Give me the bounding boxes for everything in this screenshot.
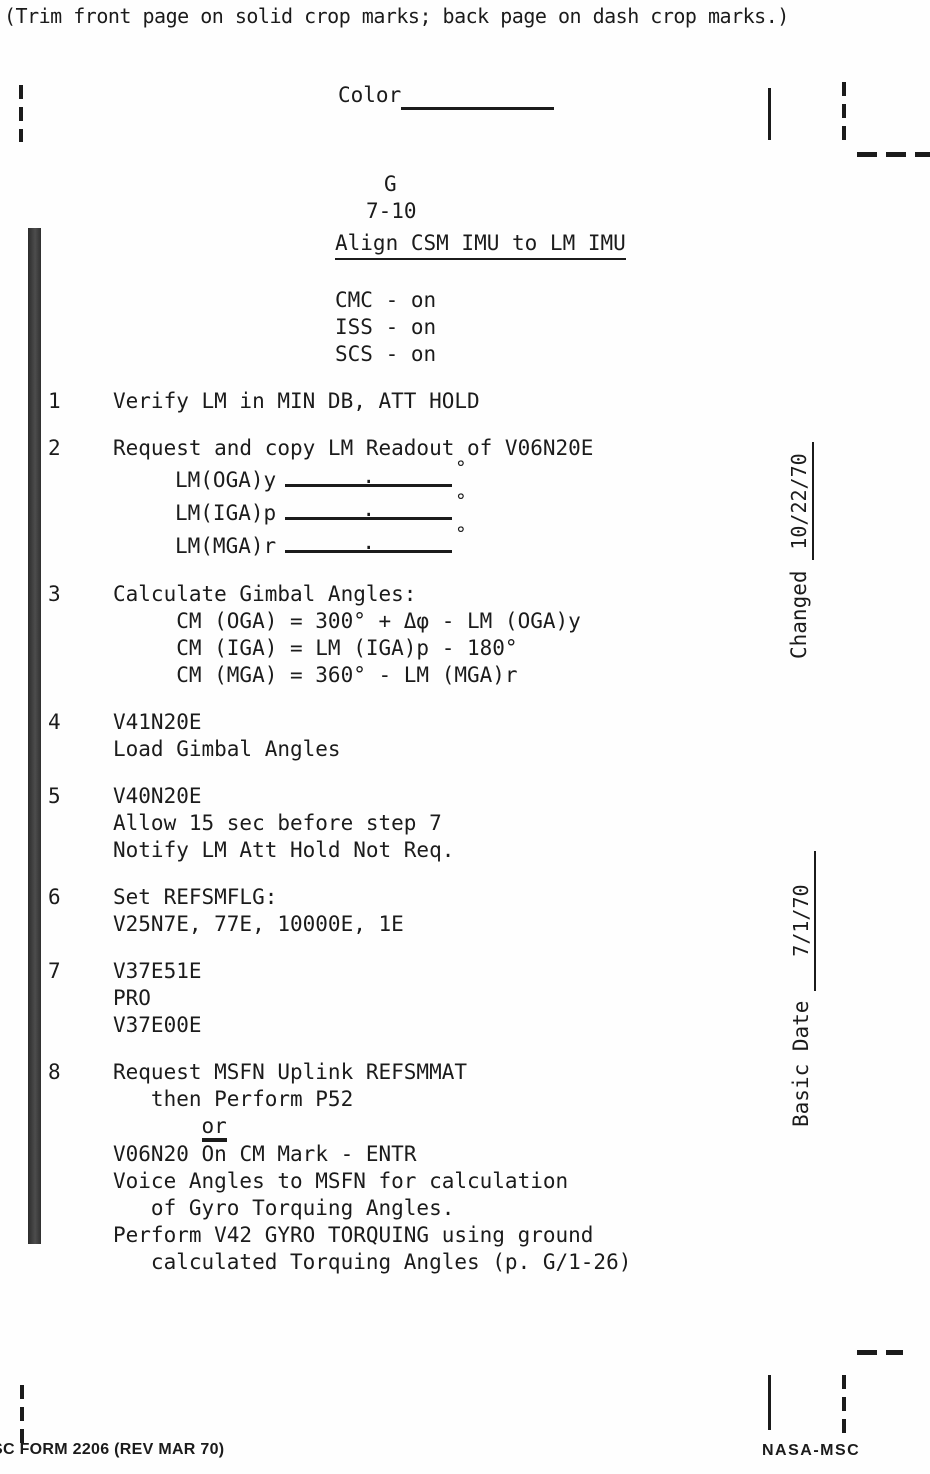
step-number: 2 [48, 435, 113, 561]
basic-date-value: 7/1/70 [789, 884, 813, 956]
step-row: 4V41N20ELoad Gimbal Angles [48, 709, 708, 763]
changed-label: Changed [787, 570, 811, 659]
step-body: Request MSFN Uplink REFSMMAT then Perfor… [113, 1059, 708, 1276]
changed-field: Changed10/22/70 [787, 442, 814, 659]
step-line-segment [113, 1114, 202, 1138]
readout-row: LM(IGA)p.° [113, 495, 708, 528]
step-line-segment: or [202, 1114, 227, 1140]
switch-state: SCS - on [335, 341, 436, 368]
step-number: 7 [48, 958, 113, 1039]
degree-symbol: ° [455, 521, 466, 548]
step-line: V25N7E, 77E, 10000E, 1E [113, 911, 708, 938]
color-blank-line [401, 85, 554, 110]
color-field-label: Color [338, 83, 401, 107]
step-row: 2Request and copy LM Readout of V06N20EL… [48, 435, 708, 561]
step-line: PRO [113, 985, 708, 1012]
step-row: 5V40N20EAllow 15 sec before step 7Notify… [48, 783, 708, 864]
page-number: 7-10 [366, 199, 417, 223]
readout-blank-line: . [285, 462, 452, 487]
procedure-title: Align CSM IMU to LM IMU [335, 231, 626, 260]
decimal-point: . [362, 529, 375, 556]
step-line: Load Gimbal Angles [113, 736, 708, 763]
form-number: SC FORM 2206 (REV MAR 70) [0, 1441, 224, 1459]
readout-blank-line: . [285, 528, 452, 553]
step-line: V06N20 On CM Mark - ENTR [113, 1140, 708, 1168]
step-line: Voice Angles to MSFN for calculation [113, 1168, 708, 1195]
step-body: Verify LM in MIN DB, ATT HOLD [113, 388, 708, 415]
trim-instruction: (Trim front page on solid crop marks; ba… [4, 4, 789, 28]
step-line: Request MSFN Uplink REFSMMAT [113, 1059, 708, 1086]
readout-label: LM(MGA)r [175, 534, 276, 558]
step-row: 1Verify LM in MIN DB, ATT HOLD [48, 388, 708, 415]
step-line: V37E00E [113, 1012, 708, 1039]
decimal-point: . [362, 496, 375, 523]
binding-edge-bar [28, 228, 41, 1244]
step-body: Request and copy LM Readout of V06N20ELM… [113, 435, 708, 561]
step-number: 6 [48, 884, 113, 938]
step-line: Set REFSMFLG: [113, 884, 708, 911]
step-line: V37E51E [113, 958, 708, 985]
step-number: 8 [48, 1059, 113, 1276]
step-line: CM (IGA) = LM (IGA)p - 180° [113, 635, 708, 662]
step-line: Verify LM in MIN DB, ATT HOLD [113, 388, 708, 415]
step-line: CM (MGA) = 360° - LM (MGA)r [113, 662, 708, 689]
step-line: Allow 15 sec before step 7 [113, 810, 708, 837]
readout-label: LM(OGA)y [175, 468, 276, 492]
step-line: of Gyro Torquing Angles. [113, 1195, 708, 1222]
step-row: 6Set REFSMFLG:V25N7E, 77E, 10000E, 1E [48, 884, 708, 938]
basic-date-label: Basic Date [789, 1001, 813, 1127]
basic-date-field: Basic Date7/1/70 [789, 851, 816, 1127]
step-body: Set REFSMFLG:V25N7E, 77E, 10000E, 1E [113, 884, 708, 938]
step-line-segment: On [202, 1140, 227, 1165]
crop-mark-top-right-dashed [842, 82, 846, 144]
readout-row: LM(OGA)y.° [113, 462, 708, 495]
step-body: Calculate Gimbal Angles: CM (OGA) = 300°… [113, 581, 708, 689]
changed-blank-line: 10/22/70 [787, 442, 814, 560]
step-body: V37E51EPROV37E00E [113, 958, 708, 1039]
switch-state-list: CMC - onISS - onSCS - on [335, 287, 436, 368]
step-line: Request and copy LM Readout of V06N20E [113, 435, 708, 462]
degree-symbol: ° [455, 488, 466, 515]
agency-label: NASA-MSC [762, 1442, 860, 1460]
changed-date: 10/22/70 [787, 453, 811, 549]
step-number: 4 [48, 709, 113, 763]
decimal-point: . [362, 463, 375, 490]
readout-label: LM(IGA)p [175, 501, 276, 525]
crop-mark-top-left-dashed [19, 85, 23, 142]
step-line: Notify LM Att Hold Not Req. [113, 837, 708, 864]
switch-state: CMC - on [335, 287, 436, 314]
step-number: 5 [48, 783, 113, 864]
step-line-segment: V06N20 [113, 1142, 202, 1166]
step-line-segment: CM Mark - ENTR [227, 1142, 417, 1166]
crop-mark-top-right-horizontal-dashed [857, 152, 930, 157]
steps-container: 1Verify LM in MIN DB, ATT HOLD2Request a… [48, 388, 708, 1296]
step-line: Calculate Gimbal Angles: [113, 581, 708, 608]
crop-mark-bottom-left-dashed [20, 1385, 24, 1447]
step-line: Perform V42 GYRO TORQUING using ground [113, 1222, 708, 1249]
readout-row: LM(MGA)r.° [113, 528, 708, 561]
crop-mark-bottom-right-horizontal-dashed [857, 1350, 903, 1355]
step-number: 3 [48, 581, 113, 689]
crop-mark-bottom-right-dashed [842, 1375, 846, 1437]
step-row: 8Request MSFN Uplink REFSMMAT then Perfo… [48, 1059, 708, 1276]
crop-mark-top-right-solid [768, 88, 771, 140]
step-line: or [113, 1113, 708, 1140]
switch-state: ISS - on [335, 314, 436, 341]
basic-date-blank-line: 7/1/70 [789, 851, 816, 991]
step-line: then Perform P52 [113, 1086, 708, 1113]
step-line: calculated Torquing Angles (p. G/1-26) [113, 1249, 708, 1276]
step-body: V40N20EAllow 15 sec before step 7Notify … [113, 783, 708, 864]
step-line: V40N20E [113, 783, 708, 810]
step-row: 3Calculate Gimbal Angles: CM (OGA) = 300… [48, 581, 708, 689]
step-line: CM (OGA) = 300° + Δφ - LM (OGA)y [113, 608, 708, 635]
section-letter: G [384, 172, 397, 196]
degree-symbol: ° [455, 455, 466, 482]
step-body: V41N20ELoad Gimbal Angles [113, 709, 708, 763]
step-row: 7V37E51EPROV37E00E [48, 958, 708, 1039]
checklist-page: (Trim front page on solid crop marks; ba… [0, 0, 930, 1474]
step-line: V41N20E [113, 709, 708, 736]
crop-mark-bottom-right-solid [768, 1375, 771, 1430]
readout-blank-line: . [285, 495, 452, 520]
step-number: 1 [48, 388, 113, 415]
